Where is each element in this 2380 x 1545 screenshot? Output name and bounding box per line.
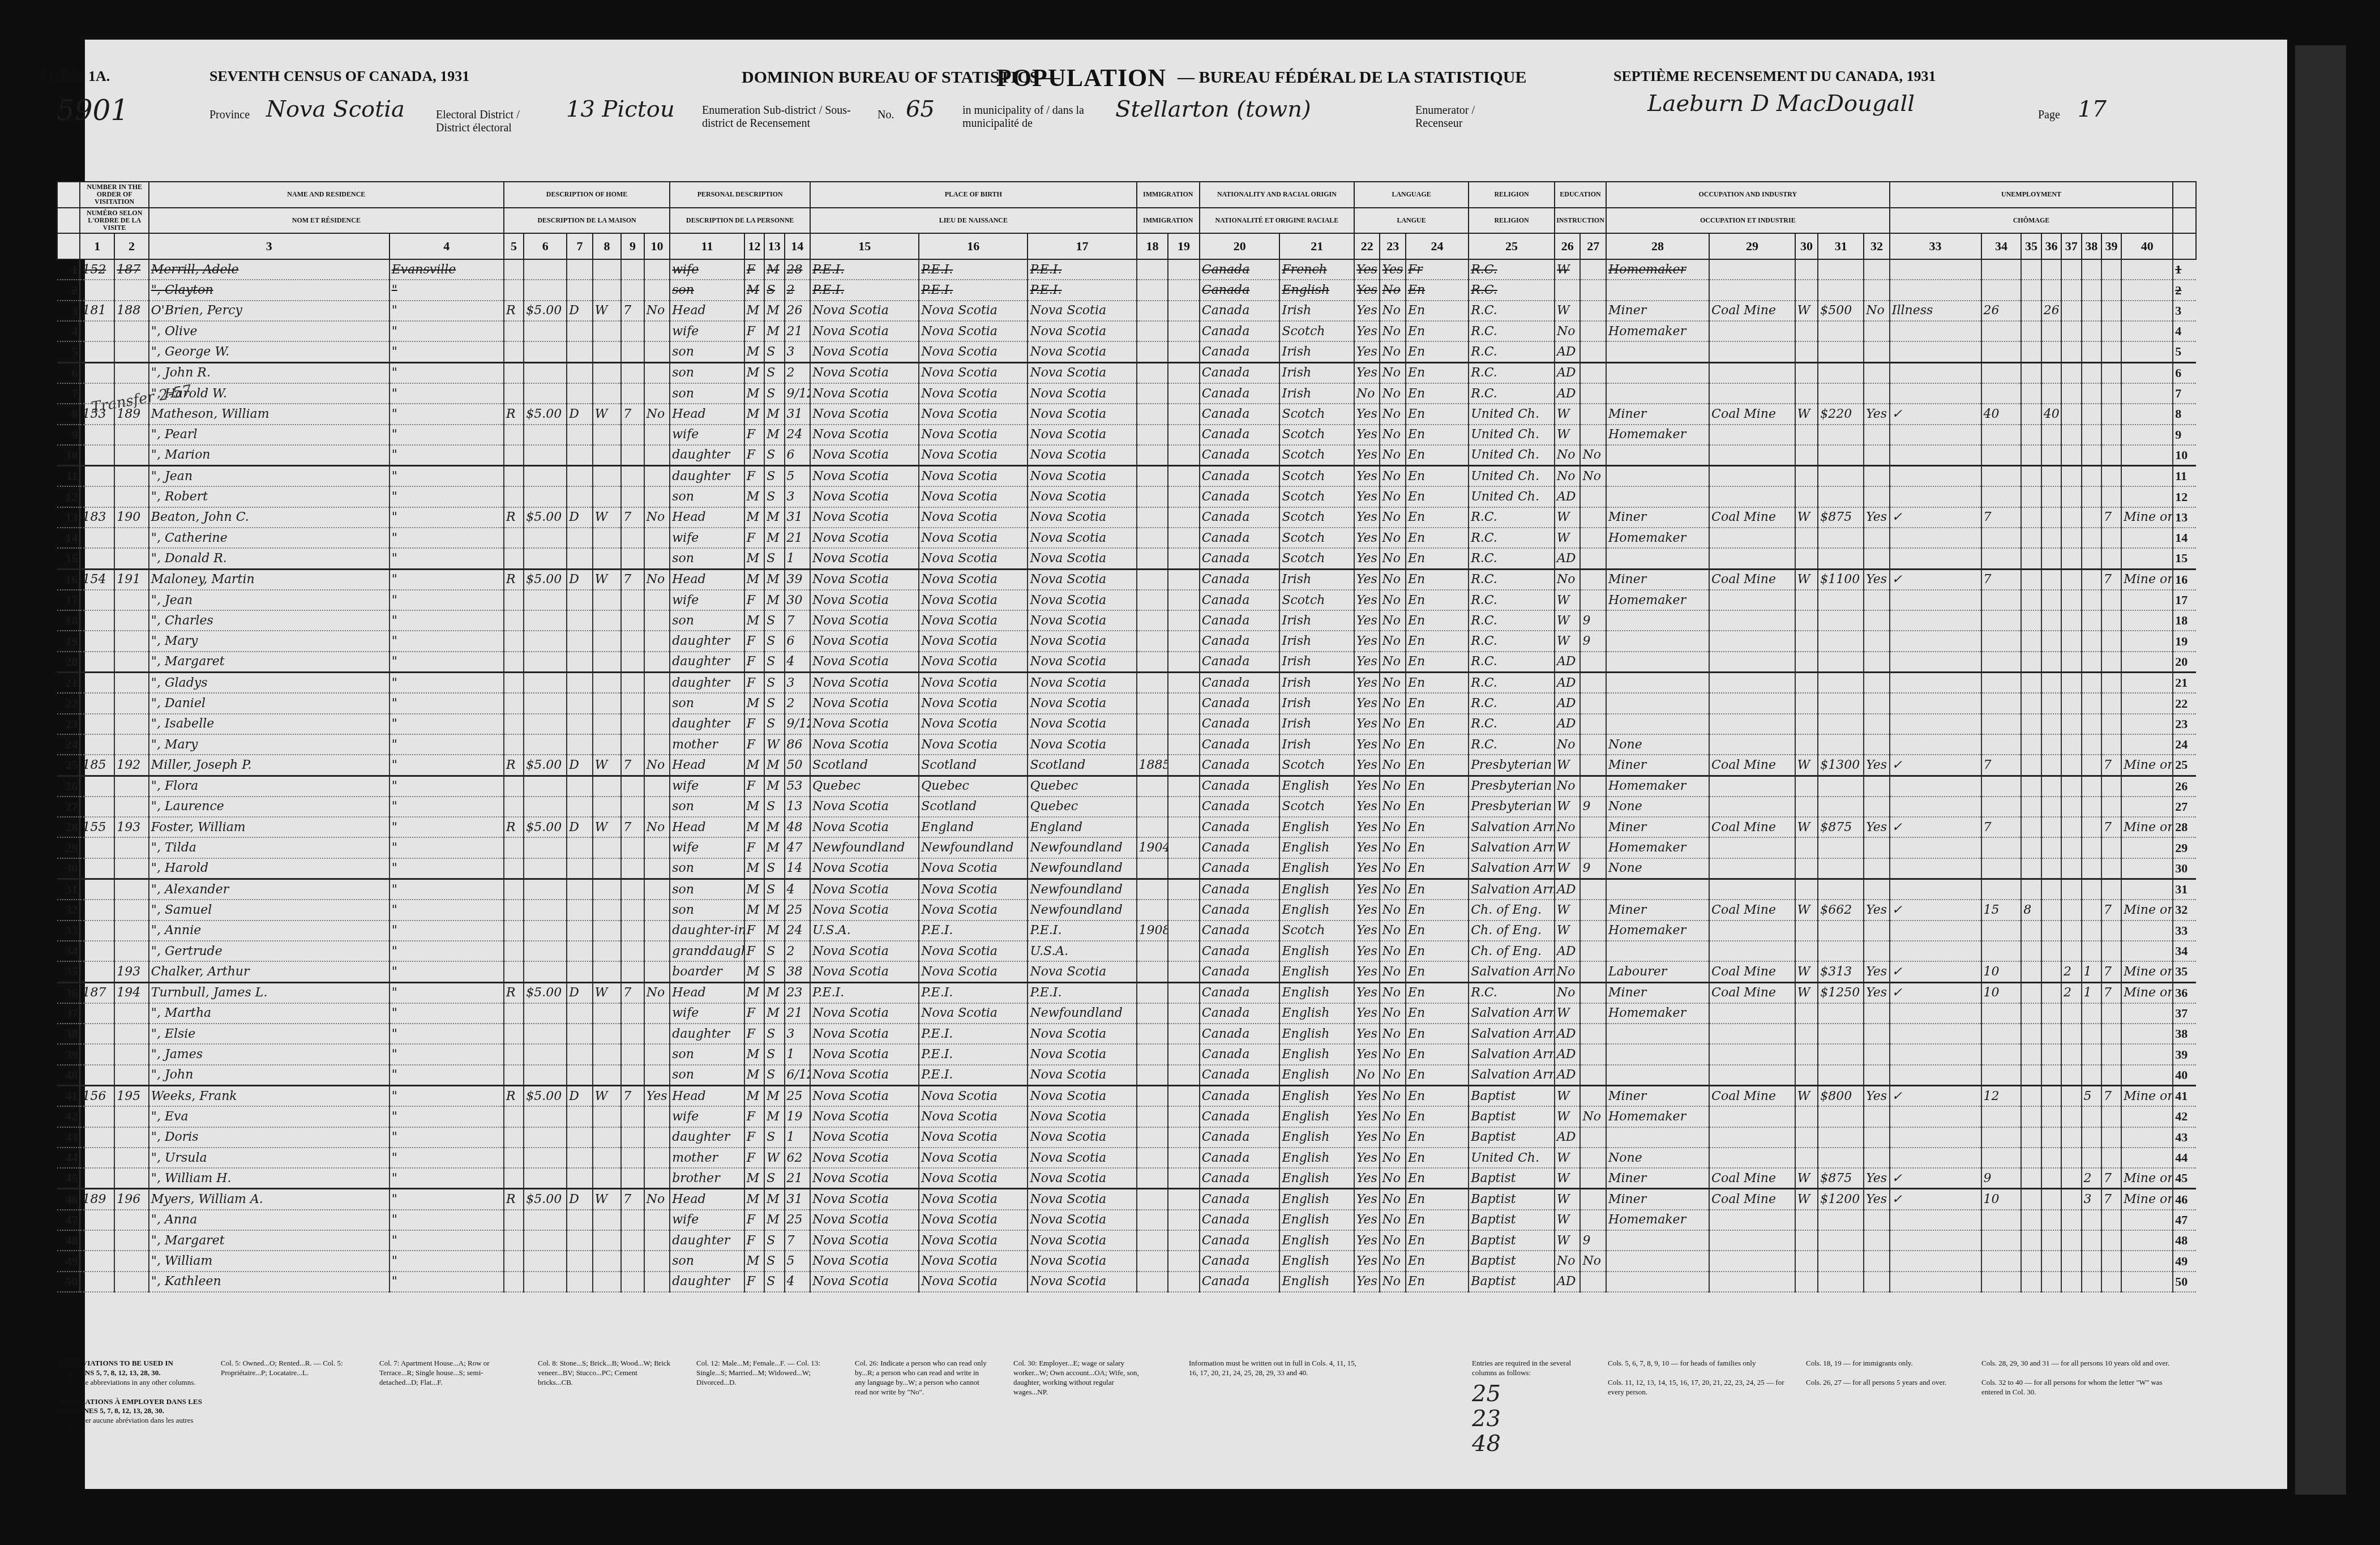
cell-earn [1818, 734, 1864, 755]
cell-pob: Nova Scotia [810, 301, 919, 321]
cell-ind [1709, 631, 1795, 651]
cell-val [524, 341, 567, 362]
cell-abode: " [389, 528, 504, 548]
section-personal-fr: Description de la Personne [670, 208, 810, 234]
cell-other [2121, 445, 2173, 466]
cell-val: $5.00 [524, 507, 567, 528]
cell-cw [1795, 321, 1818, 341]
cell-other [2121, 879, 2173, 900]
cell-noJob [2021, 652, 2041, 673]
cell-own [504, 673, 524, 694]
cell-weeks [1981, 280, 2022, 300]
cell-school [1580, 1127, 1606, 1148]
cell-mat [593, 776, 622, 797]
column-number-11: 11 [670, 233, 744, 259]
cell-eng: Yes [1354, 652, 1380, 673]
section-header-row: Number in the order of visitation Name a… [57, 182, 2196, 208]
cell-cls [567, 652, 593, 673]
line-number: 22 [57, 693, 80, 713]
cell-tongue: En [1406, 507, 1469, 528]
section-unemployment-fr: Chômage [1890, 208, 2173, 234]
cell-ind [1709, 280, 1795, 300]
cell-race: English [1279, 1003, 1354, 1024]
cell-rw: AD [1555, 714, 1581, 734]
cell-accident [2061, 383, 2081, 404]
cell-strike [2082, 1044, 2101, 1064]
census-rows: 1152187Merrill, AdeleEvansvillewifeFM28P… [57, 259, 2196, 1292]
cell-abode: " [389, 631, 504, 651]
cell-imm [1137, 714, 1168, 734]
cell-other: Mine on short time [2121, 755, 2173, 776]
cell-earn [1818, 1251, 1864, 1271]
cell-cls [567, 921, 593, 941]
cell-mat [593, 362, 622, 383]
cell-accident [2061, 610, 2081, 631]
cell-abode: " [389, 548, 504, 569]
cell-temp [2101, 301, 2121, 321]
cell-own [504, 486, 524, 507]
cell-dw [80, 1024, 114, 1044]
cell-earn [1818, 259, 1864, 280]
cell-pob: Nova Scotia [810, 507, 919, 528]
cell-noJob [2021, 610, 2041, 631]
cell-fam [114, 341, 149, 362]
cell-rw: AD [1555, 1272, 1581, 1292]
cell-own [504, 693, 524, 713]
cell-rel: daughter [670, 652, 744, 673]
cell-rel: Head [670, 301, 744, 321]
cell-mother: Nova Scotia [1028, 466, 1136, 487]
cell-relig: Salvation Army [1469, 1024, 1555, 1044]
cell-dw [80, 528, 114, 548]
cell-strike [2082, 610, 2101, 631]
line-number-right: 2 [2173, 280, 2196, 300]
cell-sex: M [744, 1251, 764, 1271]
cell-rel: wife [670, 1003, 744, 1024]
cell-val [524, 1230, 567, 1251]
census-row: 9", Pearl"wifeFM24Nova ScotiaNova Scotia… [57, 425, 2196, 445]
cell-rooms [621, 652, 644, 673]
cell-mat [593, 425, 622, 445]
cell-accident [2061, 1044, 2081, 1064]
cell-own [504, 425, 524, 445]
cell-radio [644, 466, 670, 487]
cell-radio: No [644, 982, 670, 1003]
cell-weeks: 10 [1981, 1189, 2022, 1210]
line-number-right: 14 [2173, 528, 2196, 548]
cell-nat: Canada [1200, 858, 1280, 879]
cell-occ [1606, 879, 1709, 900]
cell-cw [1795, 858, 1818, 879]
cell-father: Nova Scotia [919, 631, 1028, 651]
cell-mat [593, 466, 622, 487]
cell-relig: R.C. [1469, 734, 1555, 755]
cell-rw: W [1555, 1003, 1581, 1024]
section-name-fr: Nom et Résidence [149, 208, 504, 234]
cell-mat [593, 1230, 622, 1251]
cell-mat [593, 879, 622, 900]
cell-race: English [1279, 1272, 1354, 1292]
cell-rw: No [1555, 321, 1581, 341]
cell-occ [1606, 1024, 1709, 1044]
cell-reason [1890, 259, 1981, 280]
cell-ind: Coal Mine [1709, 1168, 1795, 1189]
cell-abode: " [389, 1086, 504, 1107]
cell-occ: Miner [1606, 1168, 1709, 1189]
cell-cw: W [1795, 507, 1818, 528]
cell-father: Nova Scotia [919, 879, 1028, 900]
cell-school [1580, 941, 1606, 961]
cell-rw: AD [1555, 341, 1581, 362]
cell-temp [2101, 445, 2121, 466]
cell-cls: D [567, 817, 593, 837]
cell-fr: No [1380, 341, 1406, 362]
cell-pob: Nova Scotia [810, 486, 919, 507]
census-row: 15", Donald R."sonMS1Nova ScotiaNova Sco… [57, 548, 2196, 569]
cell-rooms [621, 631, 644, 651]
cell-strike [2082, 445, 2101, 466]
cell-strike: 1 [2082, 982, 2101, 1003]
section-home: Description of Home [504, 182, 670, 208]
cell-cw [1795, 528, 1818, 548]
cell-rooms [621, 1044, 644, 1064]
cell-illness [2041, 982, 2061, 1003]
cell-other: Mine on short time [2121, 569, 2173, 590]
cell-radio [644, 362, 670, 383]
cell-rooms [621, 610, 644, 631]
cell-fr: No [1380, 982, 1406, 1003]
cell-rooms [621, 693, 644, 713]
cell-fam [114, 631, 149, 651]
cell-father: P.E.I. [919, 1024, 1028, 1044]
section-immigration: Immigration [1137, 182, 1200, 208]
cell-strike [2082, 425, 2101, 445]
cell-strike [2082, 590, 2101, 610]
cell-tongue: Fr [1406, 259, 1469, 280]
cell-weeks [1981, 1251, 2022, 1271]
column-number-1: 1 [80, 233, 114, 259]
census-row: 22", Daniel"sonMS2Nova ScotiaNova Scotia… [57, 693, 2196, 713]
cell-radio [644, 921, 670, 941]
cell-rooms [621, 776, 644, 797]
cell-abode: " [389, 1168, 504, 1189]
cell-rooms [621, 1106, 644, 1127]
cell-nat: Canada [1200, 631, 1280, 651]
cell-other: Mine on short time [2121, 1168, 2173, 1189]
cell-ms: W [764, 734, 784, 755]
cell-earn: $800 [1818, 1086, 1864, 1107]
cell-radio [644, 961, 670, 982]
cell-school [1580, 1065, 1606, 1086]
cell-school [1580, 259, 1606, 280]
cell-ms: S [764, 1044, 784, 1064]
cell-name: ", Anna [149, 1210, 389, 1230]
cell-weeks [1981, 714, 2022, 734]
cell-ms: M [764, 569, 784, 590]
cell-radio: No [644, 817, 670, 837]
cell-reason [1890, 1003, 1981, 1024]
cell-relig: R.C. [1469, 693, 1555, 713]
cell-weeks [1981, 879, 2022, 900]
cell-mother: Nova Scotia [1028, 1106, 1136, 1127]
cell-ind [1709, 1251, 1795, 1271]
cell-sex: F [744, 425, 764, 445]
cell-mother: Nova Scotia [1028, 1044, 1136, 1064]
cell-rw: W [1555, 1086, 1581, 1107]
cell-reason [1890, 1148, 1981, 1168]
cell-pob: Nova Scotia [810, 631, 919, 651]
cell-val [524, 321, 567, 341]
cell-ms: M [764, 755, 784, 776]
cell-cls [567, 1251, 593, 1271]
cell-fam [114, 734, 149, 755]
cell-age: 31 [785, 507, 811, 528]
cell-cls: D [567, 507, 593, 528]
cell-mat: W [593, 404, 622, 424]
page-label: Page [2038, 109, 2060, 122]
cell-tongue: En [1406, 610, 1469, 631]
cell-mat [593, 486, 622, 507]
cell-fam [114, 548, 149, 569]
cell-val: $5.00 [524, 569, 567, 590]
section-number: Number in the order of visitation [80, 182, 148, 208]
column-number-6: 6 [524, 233, 567, 259]
cell-name: Turnbull, James L. [149, 982, 389, 1003]
cell-other [2121, 1210, 2173, 1230]
cell-imm [1137, 1230, 1168, 1251]
cell-radio [644, 610, 670, 631]
column-number-38: 38 [2082, 233, 2101, 259]
cell-race: English [1279, 900, 1354, 920]
cell-father: P.E.I. [919, 921, 1028, 941]
cell-cls: D [567, 301, 593, 321]
cell-strike: 3 [2082, 1189, 2101, 1210]
cell-ind [1709, 1272, 1795, 1292]
cell-other: Mine on short time [2121, 1189, 2173, 1210]
cell-rel: Head [670, 817, 744, 837]
cell-pob: Nova Scotia [810, 961, 919, 982]
cell-cls: D [567, 1086, 593, 1107]
cell-strike [2082, 528, 2101, 548]
line-number-right: 23 [2173, 714, 2196, 734]
cell-val [524, 776, 567, 797]
cell-ind [1709, 1210, 1795, 1230]
cell-other [2121, 921, 2173, 941]
cell-accident: 2 [2061, 961, 2081, 982]
cell-weeks [1981, 548, 2022, 569]
cell-rel: daughter [670, 1024, 744, 1044]
cell-name: ", Jean [149, 466, 389, 487]
cell-name: ", Jean [149, 590, 389, 610]
cell-nat: Canada [1200, 445, 1280, 466]
cell-relig: United Ch. [1469, 445, 1555, 466]
cell-atwork: Yes [1864, 1168, 1890, 1189]
cell-weeks [1981, 631, 2022, 651]
cell-ms: S [764, 1065, 784, 1086]
line-number: 42 [57, 1106, 80, 1127]
cell-name: ", Mary [149, 631, 389, 651]
cell-eng: Yes [1354, 486, 1380, 507]
cell-illness [2041, 1003, 2061, 1024]
cell-cls [567, 693, 593, 713]
cell-strike: 2 [2082, 1168, 2101, 1189]
cell-school [1580, 569, 1606, 590]
cell-mat [593, 961, 622, 982]
column-number-4: 4 [389, 233, 504, 259]
cell-tongue: En [1406, 1086, 1469, 1107]
cell-father: Nova Scotia [919, 610, 1028, 631]
cell-noJob [2021, 321, 2041, 341]
cell-accident [2061, 341, 2081, 362]
cell-cls [567, 321, 593, 341]
section-nationality-fr: Nationalité et Origine Raciale [1200, 208, 1354, 234]
cell-noJob [2021, 280, 2041, 300]
cell-temp: 7 [2101, 1168, 2121, 1189]
cell-accident [2061, 1251, 2081, 1271]
cell-pob: Nova Scotia [810, 734, 919, 755]
cell-pob: Nova Scotia [810, 900, 919, 920]
cell-tongue: En [1406, 425, 1469, 445]
cell-fr: No [1380, 507, 1406, 528]
cell-sex: M [744, 301, 764, 321]
column-number-12: 12 [744, 233, 764, 259]
cell-ind [1709, 528, 1795, 548]
cell-abode: " [389, 341, 504, 362]
cell-nat: Canada [1200, 797, 1280, 817]
cell-relig: Baptist [1469, 1210, 1555, 1230]
census-row: 26", Flora"wifeFM53QuebecQuebecQuebecCan… [57, 776, 2196, 797]
cell-earn [1818, 1272, 1864, 1292]
cell-weeks [1981, 776, 2022, 797]
cell-age: 4 [785, 1272, 811, 1292]
cell-temp [2101, 528, 2121, 548]
cell-tongue: En [1406, 1189, 1469, 1210]
cell-fr: No [1380, 1065, 1406, 1086]
census-row: 12", Robert"sonMS3Nova ScotiaNova Scotia… [57, 486, 2196, 507]
cell-illness [2041, 1127, 2061, 1148]
cell-tongue: En [1406, 879, 1469, 900]
cell-dw [80, 383, 114, 404]
cell-other [2121, 776, 2173, 797]
cell-strike: 5 [2082, 1086, 2101, 1107]
cell-mat [593, 631, 622, 651]
cell-val [524, 590, 567, 610]
cell-pob: Scotland [810, 755, 919, 776]
cell-nat_year [1168, 280, 1200, 300]
cell-strike [2082, 486, 2101, 507]
cell-reason: ✓ [1890, 569, 1981, 590]
cell-dw [80, 548, 114, 569]
cell-abode: " [389, 1127, 504, 1148]
cell-radio [644, 259, 670, 280]
cell-mat [593, 1024, 622, 1044]
cell-strike [2082, 259, 2101, 280]
cell-mother: England [1028, 817, 1136, 837]
cell-occ: None [1606, 858, 1709, 879]
cell-cls [567, 610, 593, 631]
cell-val [524, 1106, 567, 1127]
cell-abode: " [389, 425, 504, 445]
cell-temp [2101, 631, 2121, 651]
cell-nat_year [1168, 528, 1200, 548]
line-number-right: 20 [2173, 652, 2196, 673]
cell-dw [80, 486, 114, 507]
cell-rel: daughter [670, 1127, 744, 1148]
cell-race: English [1279, 1210, 1354, 1230]
section-home-fr: Description de la Maison [504, 208, 670, 234]
line-number-right: 24 [2173, 734, 2196, 755]
cell-sex: F [744, 734, 764, 755]
cell-dw [80, 1168, 114, 1189]
cell-father: Nova Scotia [919, 1189, 1028, 1210]
cell-sex: M [744, 569, 764, 590]
line-number-right: 12 [2173, 486, 2196, 507]
cell-school [1580, 693, 1606, 713]
cell-fr: No [1380, 921, 1406, 941]
cell-fr: No [1380, 548, 1406, 569]
cell-atwork [1864, 548, 1890, 569]
cell-name: O'Brien, Percy [149, 301, 389, 321]
cell-other [2121, 1065, 2173, 1086]
line-number-right: 15 [2173, 548, 2196, 569]
cell-sex: F [744, 1003, 764, 1024]
cell-weeks [1981, 610, 2022, 631]
cell-own [504, 941, 524, 961]
cell-school [1580, 879, 1606, 900]
cell-nat: Canada [1200, 652, 1280, 673]
cell-occ: Miner [1606, 817, 1709, 837]
enumerator-label: Enumerator / Recenseur [1415, 104, 1489, 130]
cell-accident [2061, 548, 2081, 569]
cell-mother: Nova Scotia [1028, 590, 1136, 610]
section-language: Language [1354, 182, 1469, 208]
cell-nat: Canada [1200, 776, 1280, 797]
cell-noJob [2021, 982, 2041, 1003]
cell-accident [2061, 755, 2081, 776]
cell-abode: " [389, 673, 504, 694]
note-ten: Cols. 28, 29, 30 and 31 — for all person… [1981, 1359, 2169, 1367]
line-number: 23 [57, 714, 80, 734]
line-number-right: 35 [2173, 961, 2196, 982]
cell-val [524, 1003, 567, 1024]
cell-rw: W [1555, 301, 1581, 321]
cell-other [2121, 673, 2173, 694]
population-heading: POPULATION [996, 63, 1166, 92]
cell-ind [1709, 425, 1795, 445]
cell-name: ", Mary [149, 734, 389, 755]
cell-reason [1890, 1127, 1981, 1148]
cell-race: Scotch [1279, 528, 1354, 548]
cell-rw: W [1555, 507, 1581, 528]
census-row: 1152187Merrill, AdeleEvansvillewifeFM28P… [57, 259, 2196, 280]
cell-fr: No [1380, 362, 1406, 383]
cell-fr: No [1380, 652, 1406, 673]
cell-nat: Canada [1200, 941, 1280, 961]
line-number: 24 [57, 734, 80, 755]
column-number-39: 39 [2101, 233, 2121, 259]
cell-atwork [1864, 1024, 1890, 1044]
cell-rel: boarder [670, 961, 744, 982]
cell-illness [2041, 1044, 2061, 1064]
cell-cls [567, 673, 593, 694]
cell-reason [1890, 1065, 1981, 1086]
line-number: 29 [57, 837, 80, 858]
cell-dw [80, 693, 114, 713]
line-number-right: 40 [2173, 1065, 2196, 1086]
cell-dw: 189 [80, 1189, 114, 1210]
cell-race: Scotch [1279, 404, 1354, 424]
cell-tongue: En [1406, 548, 1469, 569]
